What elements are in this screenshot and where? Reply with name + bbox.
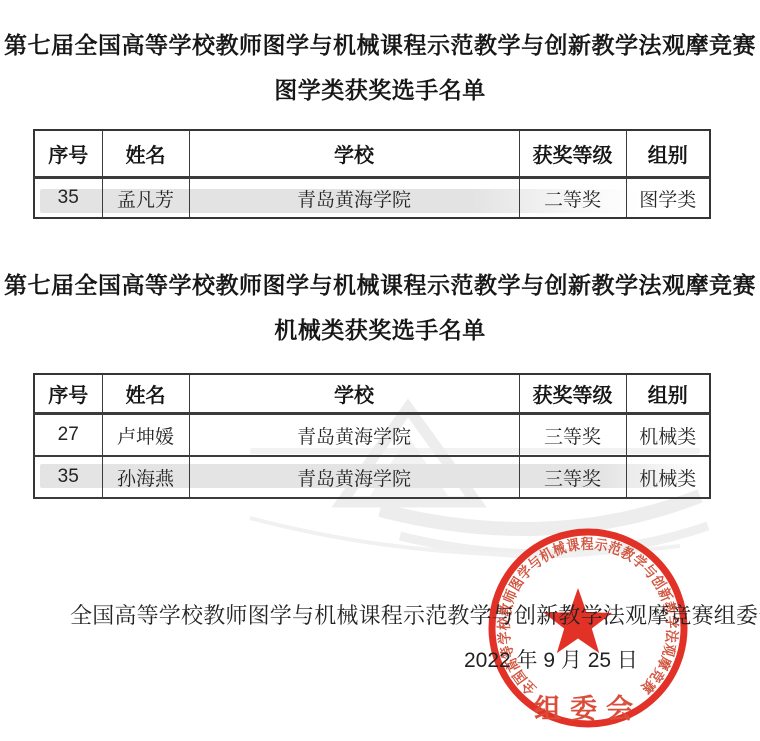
col-header-name: 姓名 bbox=[102, 374, 189, 414]
col-header-name: 姓名 bbox=[102, 130, 189, 178]
col-header-award: 获奖等级 bbox=[519, 130, 626, 178]
table-header-row: 序号 姓名 学校 获奖等级 组别 bbox=[34, 130, 710, 178]
cell-award: 三等奖 bbox=[519, 414, 626, 457]
col-header-award: 获奖等级 bbox=[519, 374, 626, 414]
cell-no: 27 bbox=[34, 414, 102, 457]
cell-group: 机械类 bbox=[626, 414, 710, 457]
section2-title-line2: 机械类获奖选手名单 bbox=[0, 312, 760, 345]
cell-school: 青岛黄海学院 bbox=[189, 414, 519, 457]
section1-title-line1: 第七届全国高等学校教师图学与机械课程示范教学与创新教学法观摩竞赛 bbox=[0, 27, 760, 60]
document-page: 第七届全国高等学校教师图学与机械课程示范教学与创新教学法观摩竞赛 图学类获奖选手… bbox=[0, 0, 760, 741]
committee-signature-line: 全国高等学校教师图学与机械课程示范教学与创新教学法观摩竞赛组委会 bbox=[70, 599, 760, 630]
col-header-school: 学校 bbox=[189, 374, 519, 414]
cell-no: 35 bbox=[34, 456, 102, 498]
cell-award: 二等奖 bbox=[519, 178, 626, 219]
cell-group: 机械类 bbox=[626, 456, 710, 498]
cell-name: 孙海燕 bbox=[102, 456, 189, 498]
col-header-no: 序号 bbox=[34, 374, 102, 414]
cell-no: 35 bbox=[34, 178, 102, 219]
cell-award: 三等奖 bbox=[519, 456, 626, 498]
cell-name: 卢坤媛 bbox=[102, 414, 189, 457]
mechanics-award-table: 序号 姓名 学校 获奖等级 组别 27 卢坤媛 青岛黄海学院 三等奖 机械类 3… bbox=[33, 373, 711, 499]
date-line: 2022 年 9 月 25 日 bbox=[464, 644, 638, 674]
table-header-row: 序号 姓名 学校 获奖等级 组别 bbox=[34, 374, 710, 414]
cell-school: 青岛黄海学院 bbox=[189, 456, 519, 498]
table-row: 35 孟凡芳 青岛黄海学院 二等奖 图学类 bbox=[34, 178, 710, 219]
cell-school: 青岛黄海学院 bbox=[189, 178, 519, 219]
cell-group: 图学类 bbox=[626, 178, 710, 219]
table-row: 27 卢坤媛 青岛黄海学院 三等奖 机械类 bbox=[34, 414, 710, 457]
col-header-group: 组别 bbox=[626, 374, 710, 414]
cell-name: 孟凡芳 bbox=[102, 178, 189, 219]
section1-title-line2: 图学类获奖选手名单 bbox=[0, 72, 760, 105]
seal-bottom-text: 组委会 bbox=[534, 694, 642, 724]
table-row: 35 孙海燕 青岛黄海学院 三等奖 机械类 bbox=[34, 456, 710, 498]
col-header-no: 序号 bbox=[34, 130, 102, 178]
col-header-group: 组别 bbox=[626, 130, 710, 178]
section2-title-line1: 第七届全国高等学校教师图学与机械课程示范教学与创新教学法观摩竞赛 bbox=[0, 267, 760, 300]
col-header-school: 学校 bbox=[189, 130, 519, 178]
graphics-award-table: 序号 姓名 学校 获奖等级 组别 35 孟凡芳 青岛黄海学院 二等奖 图学类 bbox=[33, 129, 711, 219]
